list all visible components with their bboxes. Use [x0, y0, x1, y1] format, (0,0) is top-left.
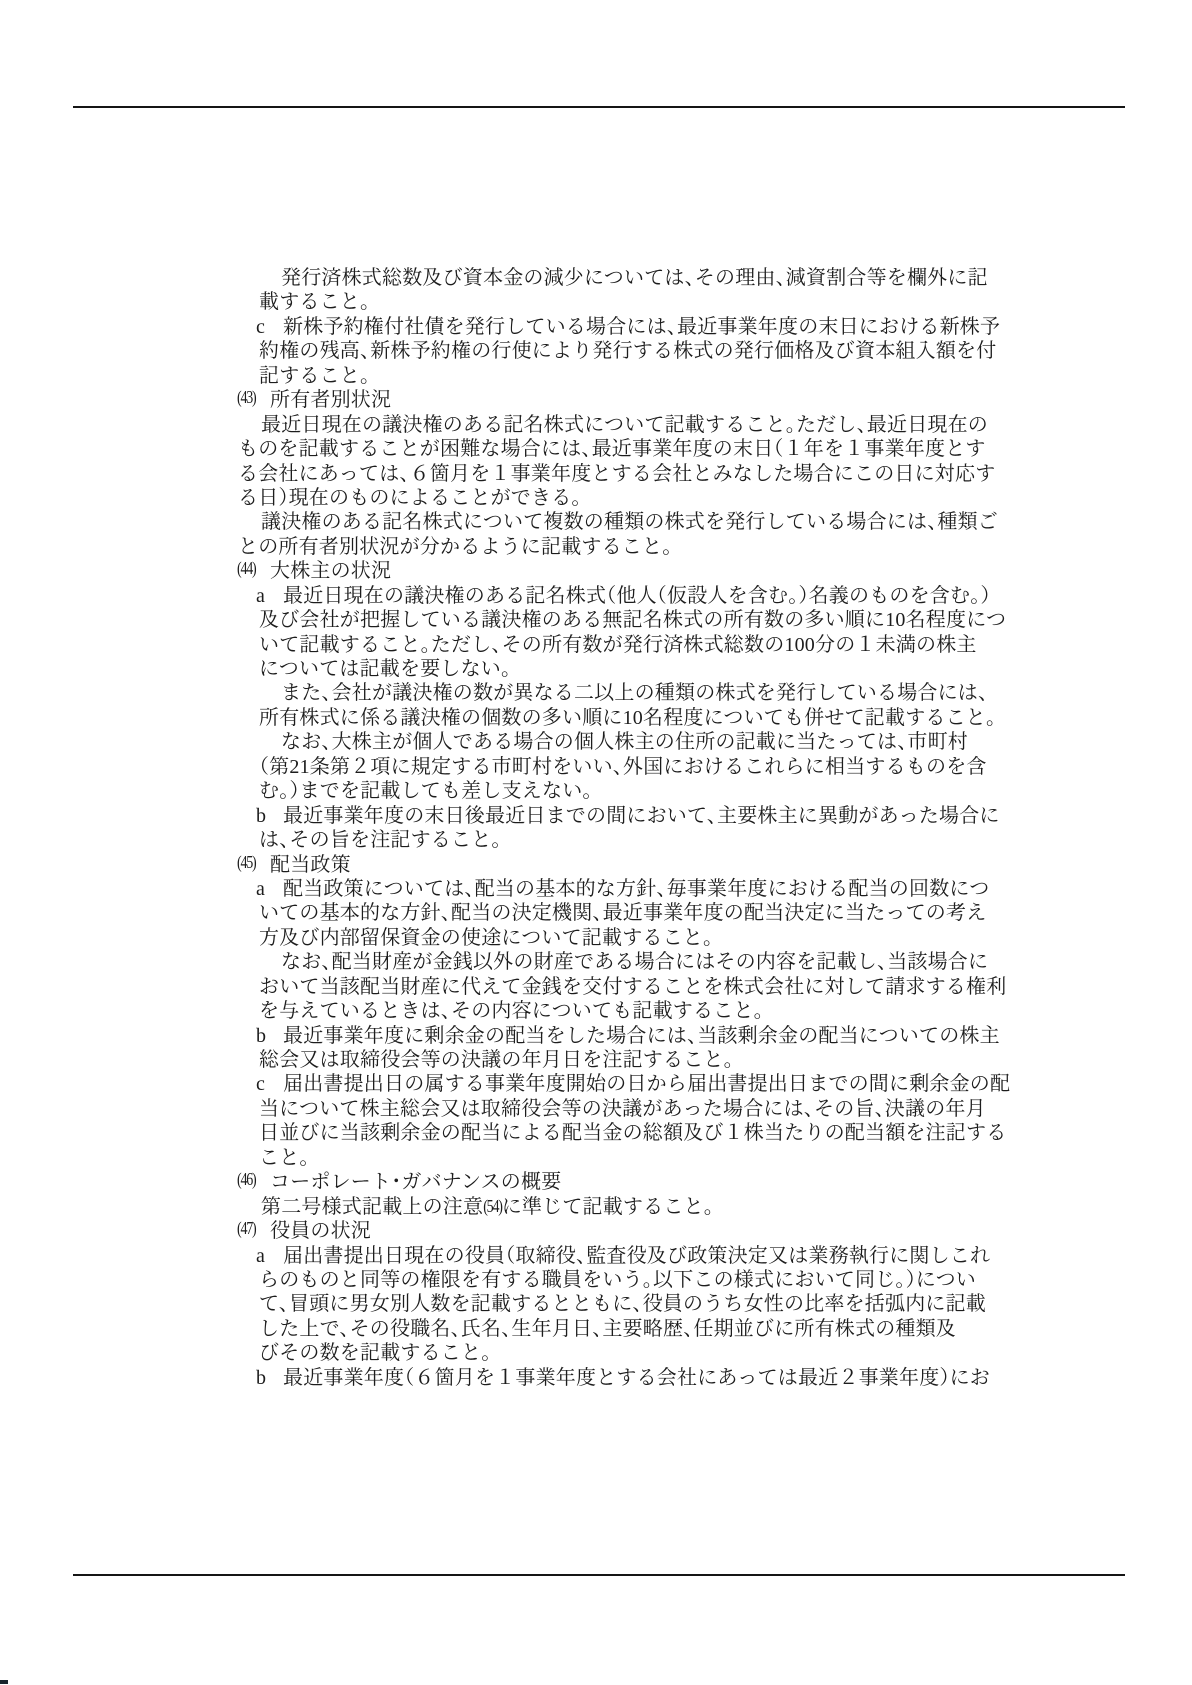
line-text: 所有者別状況 — [270, 389, 391, 411]
line-text: なお、配当財産が金銭以外の財産である場合にはその内容を記載し、当該場合に — [281, 951, 988, 973]
line-text: は、その旨を注記すること。 — [259, 829, 502, 851]
document-line: 当について株主総会又は取締役会等の決議があった場合には、その旨、決議の年月 — [0, 1097, 1192, 1121]
document-line: 最近日現在の議決権のある記名株式について記載すること。ただし、最近日現在の — [0, 413, 1192, 437]
document-line: いての基本的な方針、配当の決定機関、最近事業年度の配当決定に当たっての考え — [0, 901, 1192, 925]
line-text: いて記載すること。ただし、その所有数が発行済株式総数の100分の１未満の株主 — [259, 634, 977, 656]
line-text: びその数を記載すること。 — [259, 1342, 491, 1364]
line-text: との所有者別状況が分かるように記載すること。 — [238, 536, 672, 558]
line-text: 総会又は取締役会等の決議の年月日を注記すること。 — [259, 1049, 734, 1071]
document-line: b最近事業年度に剰余金の配当をした場合には、当該剰余金の配当についての株主 — [0, 1024, 1192, 1048]
line-text: については記載を要しない。 — [259, 658, 511, 680]
document-line: なお、大株主が個人である場合の個人株主の住所の記載に当たっては、市町村 — [0, 730, 1192, 754]
document-line: (47)役員の状況 — [0, 1219, 1192, 1243]
item-number: (47) — [237, 1216, 256, 1247]
document-line: て、冒頭に男女別人数を記載するとともに、役員のうち女性の比率を括弧内に記載 — [0, 1292, 1192, 1316]
document-line: (46)コーポレート・ガバナンスの概要 — [0, 1170, 1192, 1194]
document-line: は、その旨を注記すること。 — [0, 828, 1192, 852]
item-number: (44) — [237, 556, 256, 587]
sub-item-letter: b — [256, 1366, 266, 1390]
document-line: 約権の残高、新株予約権の行使により発行する株式の発行価格及び資本組入額を付 — [0, 339, 1192, 363]
document-line: a届出書提出日現在の役員（取締役、監査役及び政策決定又は業務執行に関しこれ — [0, 1244, 1192, 1268]
document-line: また、会社が議決権の数が異なる二以上の種類の株式を発行している場合には、 — [0, 681, 1192, 705]
document-line: 記すること。 — [0, 364, 1192, 388]
document-line: (43)所有者別状況 — [0, 388, 1192, 412]
document-line: らのものと同等の権限を有する職員をいう。以下この様式において同じ。）につい — [0, 1268, 1192, 1292]
line-text: 方及び内部留保資金の使途について記載すること。 — [259, 927, 713, 949]
document-line: びその数を記載すること。 — [0, 1341, 1192, 1365]
line-text: こと。 — [259, 1147, 310, 1169]
document-line: については記載を要しない。 — [0, 657, 1192, 681]
sub-item-letter: b — [256, 1024, 266, 1048]
document-line: 載すること。 — [0, 290, 1192, 314]
line-text: 最近事業年度の末日後最近日までの間において、主要株主に異動があった場合に — [283, 805, 1000, 827]
line-text: なお、大株主が個人である場合の個人株主の住所の記載に当たっては、市町村 — [281, 731, 968, 753]
sub-item-letter: c — [256, 315, 265, 339]
line-text: また、会社が議決権の数が異なる二以上の種類の株式を発行している場合には、 — [281, 682, 988, 704]
sub-item-letter: a — [256, 584, 265, 608]
line-text: いての基本的な方針、配当の決定機関、最近事業年度の配当決定に当たっての考え — [259, 902, 986, 924]
line-text: 最近事業年度に剰余金の配当をした場合には、当該剰余金の配当についての株主 — [283, 1025, 1000, 1047]
line-text: 記すること。 — [259, 365, 370, 387]
line-text: る日）現在のものによることができる。 — [238, 487, 582, 509]
item-number: (43) — [237, 385, 256, 416]
line-text: 当について株主総会又は取締役会等の決議があった場合には、その旨、決議の年月 — [259, 1098, 986, 1120]
line-text: 新株予約権付社債を発行している場合には、最近事業年度の末日における新株予 — [283, 316, 1000, 338]
item-number: (46) — [237, 1167, 256, 1198]
line-text: 届出書提出日現在の役員（取締役、監査役及び政策決定又は業務執行に関しこれ — [283, 1245, 990, 1267]
line-text: て、冒頭に男女別人数を記載するとともに、役員のうち女性の比率を括弧内に記載 — [259, 1293, 986, 1315]
document-line: との所有者別状況が分かるように記載すること。 — [0, 535, 1192, 559]
line-text: らのものと同等の権限を有する職員をいう。以下この様式において同じ。）につい — [259, 1269, 976, 1291]
document-line: 発行済株式総数及び資本金の減少については、その理由、減資割合等を欄外に記 — [0, 266, 1192, 290]
document-line: c届出書提出日の属する事業年度開始の日から届出書提出日までの間に剰余金の配 — [0, 1072, 1192, 1096]
document-line: 及び会社が把握している議決権のある無記名株式の所有数の多い順に10名程度につ — [0, 608, 1192, 632]
document-line: こと。 — [0, 1146, 1192, 1170]
sub-item-letter: a — [256, 877, 265, 901]
line-text: 載すること。 — [259, 291, 370, 313]
sub-item-letter: c — [256, 1072, 265, 1096]
document-line: む。）までを記載しても差し支えない。 — [0, 779, 1192, 803]
document-line: なお、配当財産が金銭以外の財産である場合にはその内容を記載し、当該場合に — [0, 950, 1192, 974]
item-number: (45) — [237, 849, 256, 880]
document-line: (44)大株主の状況 — [0, 559, 1192, 583]
line-text: 発行済株式総数及び資本金の減少については、その理由、減資割合等を欄外に記 — [281, 267, 988, 289]
document-line: る会社にあっては、６箇月を１事業年度とする会社とみなした場合にこの日に対応す — [0, 462, 1192, 486]
line-text: 役員の状況 — [270, 1220, 371, 1242]
line-text: 約権の残高、新株予約権の行使により発行する株式の発行価格及び資本組入額を付 — [259, 340, 996, 362]
line-text: を与えているときは、その内容についても記載すること。 — [259, 1000, 764, 1022]
document-line: 総会又は取締役会等の決議の年月日を注記すること。 — [0, 1048, 1192, 1072]
line-text: 届出書提出日の属する事業年度開始の日から届出書提出日までの間に剰余金の配 — [283, 1073, 1010, 1095]
document-line: （第21条第２項に規定する市町村をいい、外国におけるこれらに相当するものを含 — [0, 755, 1192, 779]
line-text: （第21条第２項に規定する市町村をいい、外国におけるこれらに相当するものを含 — [259, 756, 987, 778]
text-block: 発行済株式総数及び資本金の減少については、その理由、減資割合等を欄外に記載するこ… — [0, 266, 1192, 1390]
document-line: a配当政策については、配当の基本的な方針、毎事業年度における配当の回数につ — [0, 877, 1192, 901]
document-line: a最近日現在の議決権のある記名株式（他人（仮設人を含む。）名義のものを含む。） — [0, 584, 1192, 608]
line-text: 日並びに当該剰余金の配当による配当金の総額及び１株当たりの配当額を注記する — [259, 1122, 1006, 1144]
document-line: b最近事業年度（６箇月を１事業年度とする会社にあっては最近２事業年度）にお — [0, 1366, 1192, 1390]
document-line: いて記載すること。ただし、その所有数が発行済株式総数の100分の１未満の株主 — [0, 633, 1192, 657]
line-text: 所有株式に係る議決権の個数の多い順に10名程度についても併せて記載すること。 — [259, 707, 996, 729]
document-line: 日並びに当該剰余金の配当による配当金の総額及び１株当たりの配当額を注記する — [0, 1121, 1192, 1145]
page-sheet: 発行済株式総数及び資本金の減少については、その理由、減資割合等を欄外に記載するこ… — [0, 0, 1192, 1685]
line-text: した上で、その役職名、氏名、生年月日、主要略歴、任期並びに所有株式の種類及 — [259, 1318, 956, 1340]
line-text: 配当政策については、配当の基本的な方針、毎事業年度における配当の回数につ — [283, 878, 989, 900]
document-line: c新株予約権付社債を発行している場合には、最近事業年度の末日における新株予 — [0, 315, 1192, 339]
document-line: ものを記載することが困難な場合には、最近事業年度の末日（１年を１事業年度とす — [0, 437, 1192, 461]
line-text: 最近日現在の議決権のある記名株式（他人（仮設人を含む。）名義のものを含む。） — [283, 585, 991, 607]
line-text: 最近事業年度（６箇月を１事業年度とする会社にあっては最近２事業年度）にお — [283, 1367, 990, 1389]
line-text: 及び会社が把握している議決権のある無記名株式の所有数の多い順に10名程度につ — [259, 609, 1006, 631]
top-rule — [73, 106, 1125, 108]
line-text: コーポレート・ガバナンスの概要 — [270, 1171, 561, 1193]
line-text: 最近日現在の議決権のある記名株式について記載すること。ただし、最近日現在の — [261, 414, 988, 436]
document-line: 第二号様式記載上の注意(54)に準じて記載すること。 — [0, 1195, 1192, 1219]
line-text: 配当政策 — [270, 854, 351, 876]
line-text: 大株主の状況 — [270, 560, 391, 582]
document-line: b最近事業年度の末日後最近日までの間において、主要株主に異動があった場合に — [0, 804, 1192, 828]
document-line: した上で、その役職名、氏名、生年月日、主要略歴、任期並びに所有株式の種類及 — [0, 1317, 1192, 1341]
document-line: 所有株式に係る議決権の個数の多い順に10名程度についても併せて記載すること。 — [0, 706, 1192, 730]
document-line: 方及び内部留保資金の使途について記載すること。 — [0, 926, 1192, 950]
line-text: ものを記載することが困難な場合には、最近事業年度の末日（１年を１事業年度とす — [238, 438, 986, 460]
document-line: 議決権のある記名株式について複数の種類の株式を発行している場合には、種類ご — [0, 510, 1192, 534]
sub-item-letter: b — [256, 804, 266, 828]
line-text: 議決権のある記名株式について複数の種類の株式を発行している場合には、種類ご — [261, 511, 998, 533]
line-text: おいて当該配当財産に代えて金銭を交付することを株式会社に対して請求する権利 — [259, 976, 1006, 998]
bottom-rule — [73, 1574, 1125, 1576]
document-line: おいて当該配当財産に代えて金銭を交付することを株式会社に対して請求する権利 — [0, 975, 1192, 999]
scan-artifact — [0, 1680, 8, 1684]
line-text: 第二号様式記載上の注意(54)に準じて記載すること。 — [261, 1196, 714, 1218]
document-line: (45)配当政策 — [0, 853, 1192, 877]
document-line: る日）現在のものによることができる。 — [0, 486, 1192, 510]
sub-item-letter: a — [256, 1244, 265, 1268]
document-line: を与えているときは、その内容についても記載すること。 — [0, 999, 1192, 1023]
line-text: む。）までを記載しても差し支えない。 — [259, 780, 593, 802]
line-text: る会社にあっては、６箇月を１事業年度とする会社とみなした場合にこの日に対応す — [238, 463, 995, 485]
